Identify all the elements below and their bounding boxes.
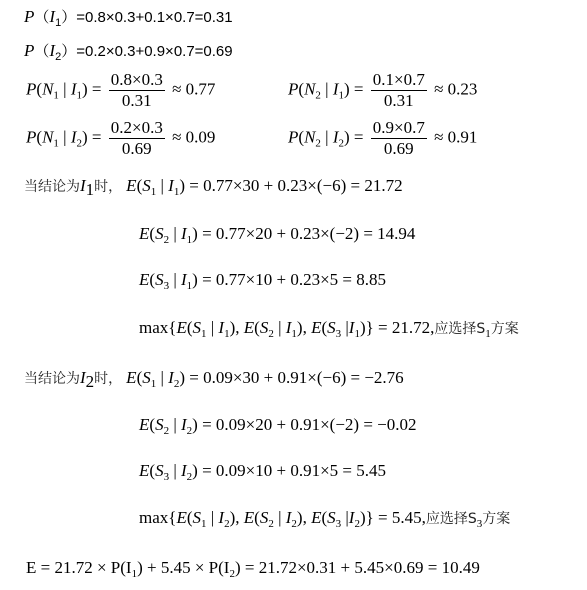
- denominator: 0.69: [371, 139, 427, 159]
- numerator: 0.1×0.7: [371, 70, 427, 91]
- posterior-n1-i2: P(N1 | I2) = 0.2×0.30.69 ≈ 0.09: [26, 118, 215, 159]
- fraction: 0.2×0.30.69: [109, 118, 165, 159]
- numerator: 0.2×0.3: [109, 118, 165, 139]
- approx-value: ≈ 0.91: [434, 127, 477, 146]
- prior-expression: =0.2×0.3+0.9×0.7=0.69: [76, 43, 232, 60]
- subscript: 3: [164, 280, 170, 292]
- max-value: = 5.45,: [378, 508, 426, 527]
- posterior-n2-i1: P(N2 | I1) = 0.1×0.70.31 ≈ 0.23: [288, 70, 477, 111]
- subscript: 2: [187, 471, 193, 483]
- case1-e1-line: 当结论为I1时， E(S1 | I1) = 0.77×30 + 0.23×(−6…: [24, 176, 403, 196]
- approx-value: ≈ 0.77: [172, 79, 215, 98]
- subscript: 1: [338, 89, 344, 101]
- prob-symbol: P: [24, 7, 34, 26]
- fraction: 0.1×0.70.31: [371, 70, 427, 111]
- case2-e2-line: E(S2 | I2) = 0.09×20 + 0.91×(−2) = −0.02: [139, 415, 417, 435]
- case-label: 当结论为: [24, 179, 80, 195]
- subscript: 2: [76, 137, 82, 149]
- paren-close: ）: [61, 9, 76, 26]
- final-expected-value: E = 21.72 × P(I1) + 5.45 × P(I2) = 21.72…: [26, 558, 480, 578]
- decision-text: 应选择S: [426, 511, 477, 527]
- ev-expression: = 0.09×10 + 0.91×5 = 5.45: [202, 461, 386, 480]
- case-label-suffix: 时，: [94, 179, 122, 195]
- case-label: 当结论为: [24, 371, 80, 387]
- case2-e1-line: 当结论为I2时， E(S1 | I2) = 0.09×30 + 0.91×(−6…: [24, 368, 404, 388]
- expected-value-s1: E(S1 | I2) = 0.09×30 + 0.91×(−6) = −2.76: [126, 368, 404, 387]
- subscript: 1: [86, 180, 95, 199]
- numerator: 0.8×0.3: [109, 70, 165, 91]
- ev-expression: = 0.77×20 + 0.23×(−2) = 14.94: [202, 224, 415, 243]
- decision-text: 应选择S: [434, 321, 485, 337]
- denominator: 0.31: [109, 91, 165, 111]
- subscript: 2: [315, 89, 321, 101]
- prior-i1-equation: P（I1）=0.8×0.3+0.1×0.7=0.31: [24, 6, 233, 27]
- ev-expression: = 0.77×30 + 0.23×(−6) = 21.72: [189, 176, 402, 195]
- decision-suffix: 方案: [482, 511, 510, 527]
- ev-expression: = 0.09×30 + 0.91×(−6) = −2.76: [189, 368, 403, 387]
- final-lhs: E = 21.72 × P(I: [26, 558, 132, 577]
- subscript: 1: [187, 280, 193, 292]
- fraction: 0.9×0.70.69: [371, 118, 427, 159]
- decision-suffix: 方案: [491, 321, 519, 337]
- subscript: 1: [53, 89, 59, 101]
- approx-value: ≈ 0.23: [434, 79, 477, 98]
- denominator: 0.31: [371, 91, 427, 111]
- subscript: 1: [174, 186, 180, 198]
- case2-e3-line: E(S3 | I2) = 0.09×10 + 0.91×5 = 5.45: [139, 461, 386, 481]
- subscript: 2: [338, 137, 344, 149]
- case-label-suffix: 时，: [94, 371, 122, 387]
- ev-expression: = 0.09×20 + 0.91×(−2) = −0.02: [202, 415, 416, 434]
- prior-i2-equation: P（I2）=0.2×0.3+0.9×0.7=0.69: [24, 40, 233, 61]
- paren-close: ）: [61, 43, 76, 60]
- denominator: 0.69: [109, 139, 165, 159]
- prob-symbol: P: [24, 41, 34, 60]
- subscript: 3: [164, 471, 170, 483]
- case1-e2-line: E(S2 | I1) = 0.77×20 + 0.23×(−2) = 14.94: [139, 224, 415, 244]
- subscript: 1: [151, 186, 157, 198]
- subscript: 2: [174, 378, 180, 390]
- case1-max-line: max{E(S1 | I1), E(S2 | I1), E(S3 |I1)} =…: [139, 318, 519, 338]
- ev-expression: = 0.77×10 + 0.23×5 = 8.85: [202, 270, 386, 289]
- subscript: 2: [164, 234, 170, 246]
- numerator: 0.9×0.7: [371, 118, 427, 139]
- subscript: 2: [164, 425, 170, 437]
- paren-open: （: [34, 43, 49, 60]
- expected-value-s1: E(S1 | I1) = 0.77×30 + 0.23×(−6) = 21.72: [126, 176, 402, 195]
- posterior-n2-i2: P(N2 | I2) = 0.9×0.70.69 ≈ 0.91: [288, 118, 477, 159]
- max-value: = 21.72,: [378, 318, 434, 337]
- subscript: 2: [187, 425, 193, 437]
- subscript: 1: [76, 89, 82, 101]
- posterior-n1-i1: P(N1 | I1) = 0.8×0.30.31 ≈ 0.77: [26, 70, 215, 111]
- subscript: 1: [151, 378, 157, 390]
- case1-e3-line: E(S3 | I1) = 0.77×10 + 0.23×5 = 8.85: [139, 270, 386, 290]
- final-mid: ) + 5.45 × P(I: [137, 558, 229, 577]
- max-operator: max: [139, 508, 168, 527]
- max-operator: max: [139, 318, 168, 337]
- final-rhs: ) = 21.72×0.31 + 5.45×0.69 = 10.49: [235, 558, 480, 577]
- paren-open: （: [34, 9, 49, 26]
- approx-value: ≈ 0.09: [172, 127, 215, 146]
- prior-expression: =0.8×0.3+0.1×0.7=0.31: [76, 9, 232, 26]
- case2-max-line: max{E(S1 | I2), E(S2 | I2), E(S3 |I2)} =…: [139, 508, 510, 528]
- subscript: 1: [53, 137, 59, 149]
- fraction: 0.8×0.30.31: [109, 70, 165, 111]
- subscript: 2: [86, 372, 95, 391]
- subscript: 1: [187, 234, 193, 246]
- subscript: 2: [315, 137, 321, 149]
